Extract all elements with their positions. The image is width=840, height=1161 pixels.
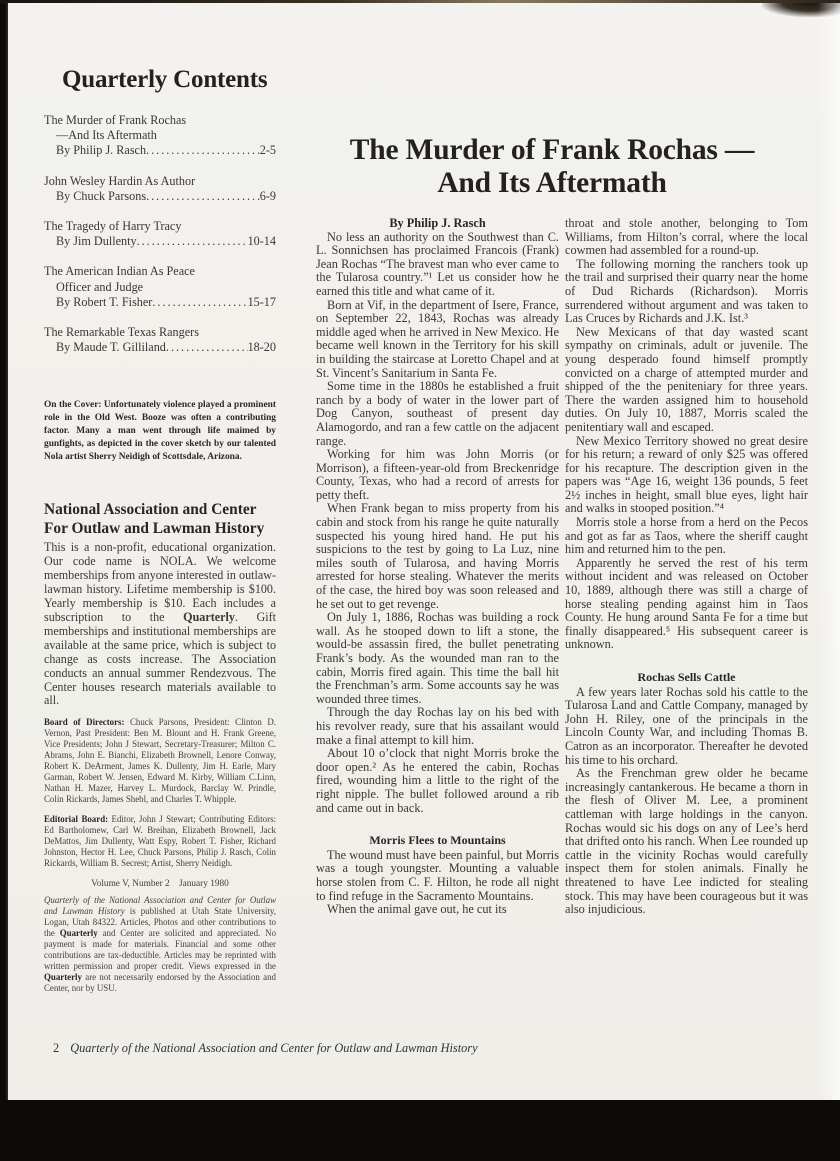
- publication-info: Quarterly of the National Association an…: [44, 895, 276, 994]
- toc-byline: By Maude T. Gilliland 18-20: [44, 340, 276, 355]
- paragraph: New Mexicans of that day wasted scant sy…: [565, 326, 808, 435]
- paragraph: throat and stole another, belonging to T…: [565, 217, 808, 258]
- toc-leader-dots: [152, 295, 247, 310]
- toc-entry[interactable]: The American Indian As Peace Officer and…: [44, 264, 276, 310]
- paragraph: About 10 o’clock that night Morris broke…: [316, 747, 559, 815]
- editorial-label: Editorial Board:: [44, 814, 108, 824]
- paragraph: The wound must have been painful, but Mo…: [316, 849, 559, 903]
- sidebar-column: Quarterly Contents The Murder of Frank R…: [44, 66, 276, 994]
- paragraph: On July 1, 1886, Rochas was building a r…: [316, 611, 559, 706]
- toc-title-line: The Remarkable Texas Rangers: [44, 325, 276, 340]
- cover-note: On the Cover: Unfortunately violence pla…: [44, 399, 276, 464]
- paragraph: The following morning the ranchers took …: [565, 258, 808, 326]
- toc-leader-dots: [166, 340, 248, 355]
- toc-byline: By Chuck Parsons 6-9: [44, 189, 276, 204]
- toc-title-line: John Wesley Hardin As Author: [44, 174, 276, 189]
- toc-entry[interactable]: The Tragedy of Harry Tracy By Jim Dullen…: [44, 219, 276, 249]
- board-of-directors: Board of Directors: Chuck Parsons, Presi…: [44, 717, 276, 805]
- paragraph: Some time in the 1880s he established a …: [316, 380, 559, 448]
- page-footer: 2 Quarterly of the National Association …: [53, 1041, 478, 1056]
- toc-entry[interactable]: The Murder of Frank Rochas —And Its Afte…: [44, 113, 276, 159]
- paragraph: Morris stole a horse from a herd on the …: [565, 516, 808, 557]
- paragraph: New Mexico Territory showed no great des…: [565, 435, 808, 517]
- paragraph: When the animal gave out, he cut its: [316, 903, 559, 917]
- paragraph: Apparently he served the rest of his ter…: [565, 557, 808, 652]
- toc-leader-dots: [146, 189, 260, 204]
- page-edge-highlight: [818, 3, 840, 1100]
- paragraph: Through the day Rochas lay on his bed wi…: [316, 706, 559, 747]
- association-description: This is a non-profit, educational organi…: [44, 541, 276, 708]
- toc-pages: 2-5: [260, 143, 276, 158]
- quarterly-bold: Quarterly: [183, 610, 235, 624]
- toc-author: By Maude T. Gilliland: [56, 340, 166, 355]
- article-column-2: throat and stole another, belonging to T…: [565, 217, 808, 917]
- toc-byline: By Jim Dullenty 10-14: [44, 234, 276, 249]
- article-column-1: By Philip J. Rasch No less an authority …: [316, 217, 559, 917]
- contents-title: Quarterly Contents: [62, 66, 276, 94]
- article-title-line: The Murder of Frank Rochas —: [302, 134, 802, 167]
- toc-title-line: The Murder of Frank Rochas: [44, 113, 276, 128]
- section-subhead: Morris Flees to Mountains: [316, 834, 559, 848]
- quarterly-bold: Quarterly: [60, 928, 98, 938]
- toc-title-line: The Tragedy of Harry Tracy: [44, 219, 276, 234]
- toc-author: By Robert T. Fisher: [56, 295, 152, 310]
- toc-byline: By Robert T. Fisher 15-17: [44, 295, 276, 310]
- page-number: 2: [53, 1041, 59, 1055]
- toc-author: By Philip J. Rasch: [56, 143, 146, 158]
- article-title: The Murder of Frank Rochas — And Its Aft…: [302, 134, 802, 200]
- board-label: Board of Directors:: [44, 717, 124, 727]
- toc-author: By Jim Dullenty: [56, 234, 137, 249]
- toc-pages: 15-17: [248, 295, 276, 310]
- toc-pages: 6-9: [260, 189, 276, 204]
- toc-title-line: Officer and Judge: [44, 280, 276, 295]
- toc-entry[interactable]: The Remarkable Texas Rangers By Maude T.…: [44, 325, 276, 355]
- paragraph: As the Frenchman grew older he became in…: [565, 767, 808, 917]
- association-title: National Association and Center For Outl…: [44, 500, 276, 538]
- section-subhead: Rochas Sells Cattle: [565, 671, 808, 685]
- paragraph: Born at Vif, in the department of Isere,…: [316, 299, 559, 381]
- volume-issue: Volume V, Number 2 January 1980: [44, 879, 276, 889]
- journal-running-title: Quarterly of the National Association an…: [70, 1041, 477, 1055]
- paragraph: When Frank began to miss property from h…: [316, 502, 559, 611]
- editorial-board: Editorial Board: Editor, John J Stewart;…: [44, 814, 276, 869]
- paragraph: A few years later Rochas sold his cattle…: [565, 686, 808, 768]
- toc-title-line: The American Indian As Peace: [44, 264, 276, 279]
- article-title-line: And Its Aftermath: [302, 167, 802, 200]
- board-members: Chuck Parsons, President: Clinton D. Ver…: [44, 717, 276, 804]
- toc-pages: 10-14: [248, 234, 276, 249]
- toc-pages: 18-20: [248, 340, 276, 355]
- article-byline: By Philip J. Rasch: [316, 217, 559, 231]
- association-text: . Gift memberships and institutional mem…: [44, 610, 276, 707]
- paragraph: Working for him was John Morris (or Morr…: [316, 448, 559, 502]
- toc-title-line: —And Its Aftermath: [44, 128, 276, 143]
- paragraph: No less an authority on the Southwest th…: [316, 231, 559, 299]
- quarterly-bold: Quarterly: [44, 972, 82, 982]
- toc-byline: By Philip J. Rasch 2-5: [44, 143, 276, 158]
- toc-author: By Chuck Parsons: [56, 189, 146, 204]
- toc-leader-dots: [137, 234, 248, 249]
- toc-entry[interactable]: John Wesley Hardin As Author By Chuck Pa…: [44, 174, 276, 204]
- table-of-contents: The Murder of Frank Rochas —And Its Afte…: [44, 113, 276, 355]
- toc-leader-dots: [146, 143, 260, 158]
